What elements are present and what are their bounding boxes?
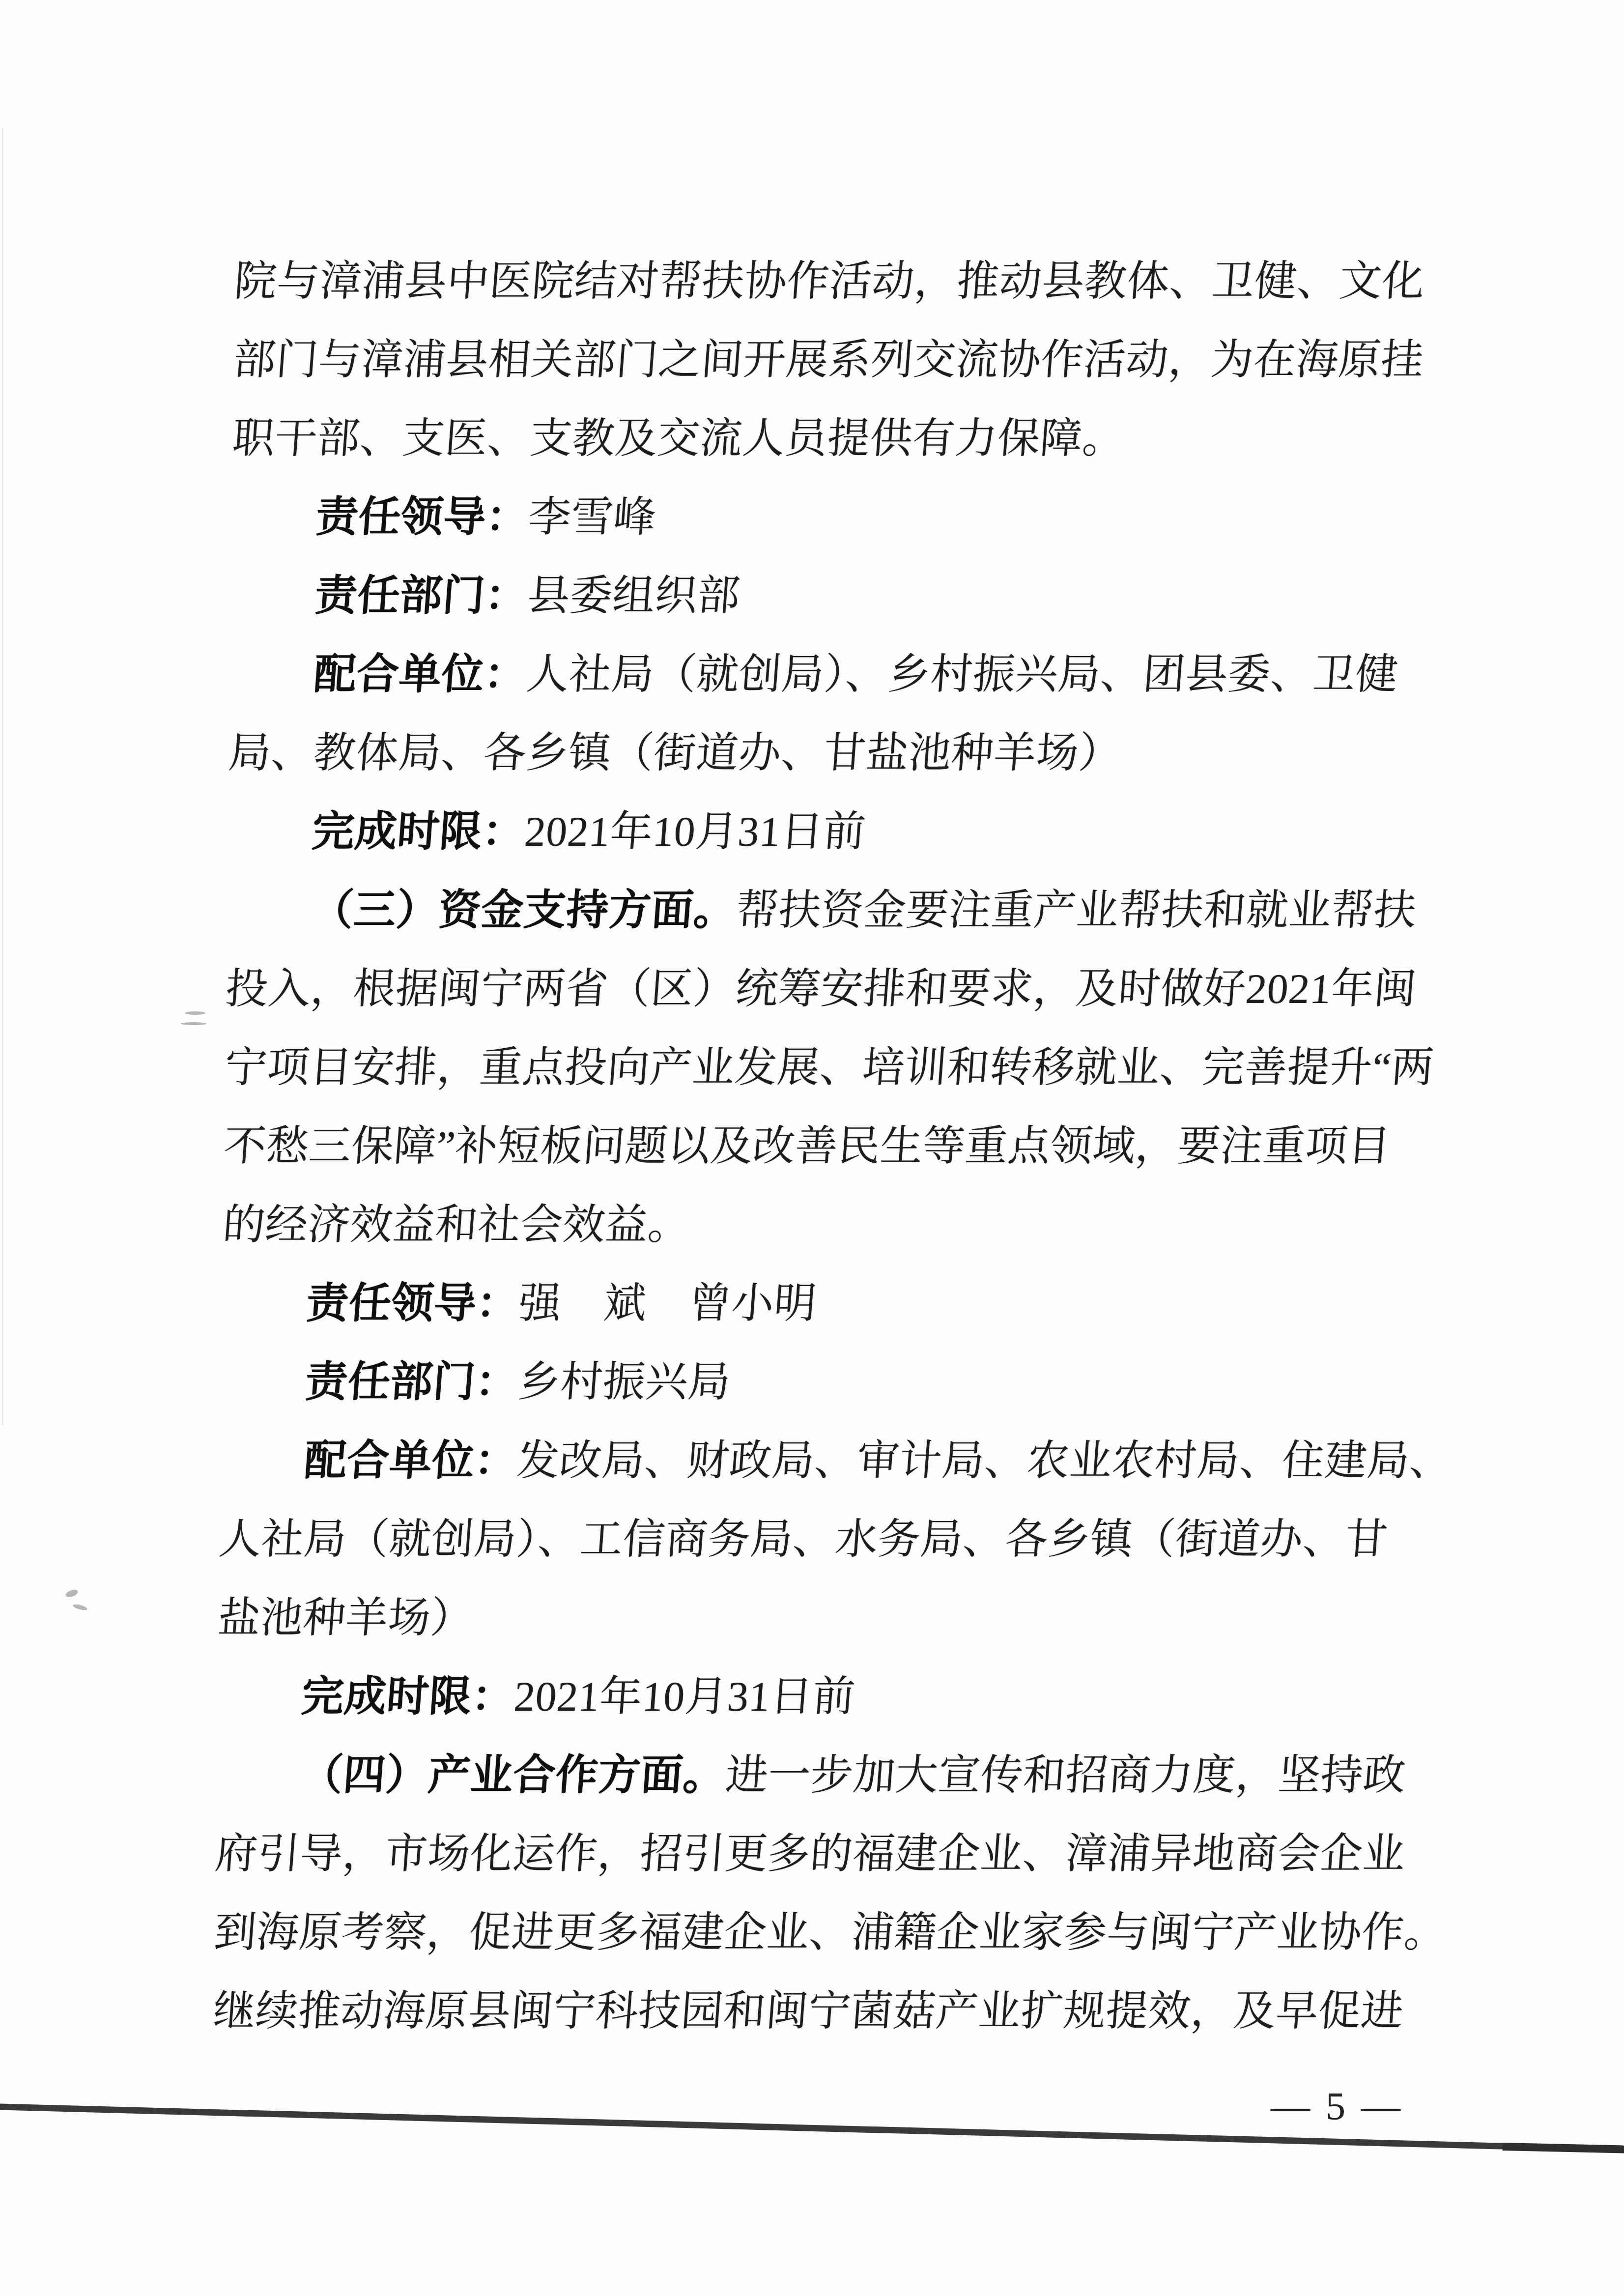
- text-line: 府引导，市场化运作，招引更多的福建企业、漳浦异地商会企业: [212, 1814, 1412, 1893]
- line-text: 发改局、财政局、审计局、农业农村局、住建局、: [515, 1437, 1454, 1484]
- scan-speck: [185, 1011, 205, 1015]
- text-line: 人社局（就创局）、工信商务局、水务局、各乡镇（街道办、甘: [216, 1500, 1416, 1578]
- line-text: 继续推动海原县闽宁科技园和闽宁菌菇产业扩规提效，及早促进: [211, 1987, 1405, 2035]
- text-line: 不愁三保障”补短板问题以及改善民生等重点领域，要注重项目: [221, 1107, 1421, 1185]
- text-line: 完成时限：2021年10月31日前: [214, 1657, 1414, 1736]
- text-line: 宁项目安排，重点投向产业发展、培训和转移就业、完善提升“两: [222, 1028, 1422, 1107]
- line-text: 2021年10月31日前: [523, 808, 867, 855]
- text-line: 配合单位：人社局（就创局）、乡村振兴局、团县委、卫健: [227, 635, 1426, 714]
- text-line: 继续推动海原县闽宁科技园和闽宁菌菇产业扩规提效，及早促进: [210, 1972, 1410, 2050]
- line-text: 部门与漳浦县相关部门之间开展系列交流协作活动，为在海原挂: [232, 336, 1425, 383]
- line-text: 局、教体局、各乡镇（街道办、甘盐池种羊场）: [227, 729, 1123, 776]
- line-label: 责任领导：: [314, 493, 531, 541]
- line-label: 责任领导：: [305, 1280, 521, 1327]
- scan-speck: [181, 1022, 206, 1025]
- text-line: 盐池种羊场）: [215, 1578, 1415, 1657]
- line-text: 乡村振兴局: [516, 1358, 733, 1406]
- page-number: — 5 —: [1256, 2080, 1418, 2134]
- scan-speck: [65, 1588, 79, 1599]
- text-line: 院与漳浦县中医院结对帮扶协作活动，推动县教体、卫健、文化: [231, 242, 1431, 320]
- line-label: 配合单位：: [313, 651, 529, 698]
- scan-edge-streak: [2, 128, 3, 1425]
- text-line: 责任部门：乡村振兴局: [218, 1343, 1418, 1421]
- line-text: 职干部、支医、支教及交流人员提供有力保障。: [231, 415, 1127, 462]
- line-text: 盐池种羊场）: [216, 1594, 475, 1641]
- line-label: （三）资金支持方面。: [310, 887, 738, 934]
- line-text: 帮扶资金要注重产业帮扶和就业帮扶: [735, 887, 1418, 934]
- line-text: 投入，根据闽宁两省（区）统筹安排和要求，及时做好2021年闽: [224, 965, 1418, 1012]
- line-text: 到海原考察，促进更多福建企业、浦籍企业家参与闽宁产业协作。: [212, 1909, 1449, 1956]
- scan-artifact-line-right: [1503, 2143, 1624, 2153]
- line-label: 责任部门：: [304, 1358, 520, 1406]
- text-line: 的经济效益和社会效益。: [220, 1185, 1420, 1264]
- text-line: 责任领导：李雪峰: [228, 478, 1428, 556]
- line-label: 完成时限：: [300, 1673, 516, 1720]
- line-text: 2021年10月31日前: [513, 1673, 857, 1720]
- line-text: 不愁三保障”补短板问题以及改善民生等重点领域，要注重项目: [222, 1122, 1392, 1170]
- line-label: 责任部门：: [313, 572, 530, 619]
- text-line: 职干部、支医、支教及交流人员提供有力保障。: [229, 399, 1429, 478]
- line-text: 李雪峰: [527, 493, 658, 541]
- text-line: 部门与漳浦县相关部门之间开展系列交流协作活动，为在海原挂: [230, 320, 1430, 399]
- line-text: 人社局（就创局）、工信商务局、水务局、各乡镇（街道办、甘: [217, 1516, 1390, 1563]
- line-text: 人社局（就创局）、乡村振兴局、团县委、卫健: [525, 651, 1400, 698]
- line-label: （四）产业合作方面。: [299, 1751, 727, 1799]
- line-label: 配合单位：: [303, 1437, 519, 1484]
- line-text: 的经济效益和社会效益。: [221, 1201, 692, 1248]
- scan-speck: [72, 1603, 87, 1611]
- text-line: 局、教体局、各乡镇（街道办、甘盐池种羊场）: [226, 714, 1425, 792]
- text-line: 投入，根据闽宁两省（区）统筹安排和要求，及时做好2021年闽: [223, 949, 1423, 1028]
- text-line: （四）产业合作方面。进一步加大宣传和招商力度，坚持政: [213, 1736, 1413, 1814]
- text-line: 到海原考察，促进更多福建企业、浦籍企业家参与闽宁产业协作。: [211, 1893, 1411, 1972]
- document-body: 院与漳浦县中医院结对帮扶协作活动，推动县教体、卫健、文化 部门与漳浦县相关部门之…: [213, 242, 1429, 2050]
- text-line: 责任部门：县委组织部: [228, 556, 1427, 635]
- line-label: 完成时限：: [311, 808, 527, 855]
- text-line: 完成时限：2021年10月31日前: [225, 792, 1425, 871]
- line-text: 强 斌 曾小明: [517, 1280, 819, 1327]
- line-text: 院与漳浦县中医院结对帮扶协作活动，推动县教体、卫健、文化: [233, 258, 1426, 305]
- line-text: 县委组织部: [526, 572, 742, 619]
- text-line: 责任领导：强 斌 曾小明: [219, 1264, 1419, 1343]
- text-line: 配合单位：发改局、财政局、审计局、农业农村局、住建局、: [217, 1421, 1417, 1500]
- line-text: 宁项目安排，重点投向产业发展、培训和转移就业、完善提升“两: [223, 1044, 1436, 1091]
- line-text: 进一步加大宣传和招商力度，坚持政: [724, 1751, 1407, 1799]
- scanned-document-page: 院与漳浦县中医院结对帮扶协作活动，推动县教体、卫健、文化 部门与漳浦县相关部门之…: [0, 0, 1624, 2296]
- text-line: （三）资金支持方面。帮扶资金要注重产业帮扶和就业帮扶: [224, 871, 1424, 949]
- line-text: 府引导，市场化运作，招引更多的福建企业、漳浦异地商会企业: [213, 1830, 1407, 1877]
